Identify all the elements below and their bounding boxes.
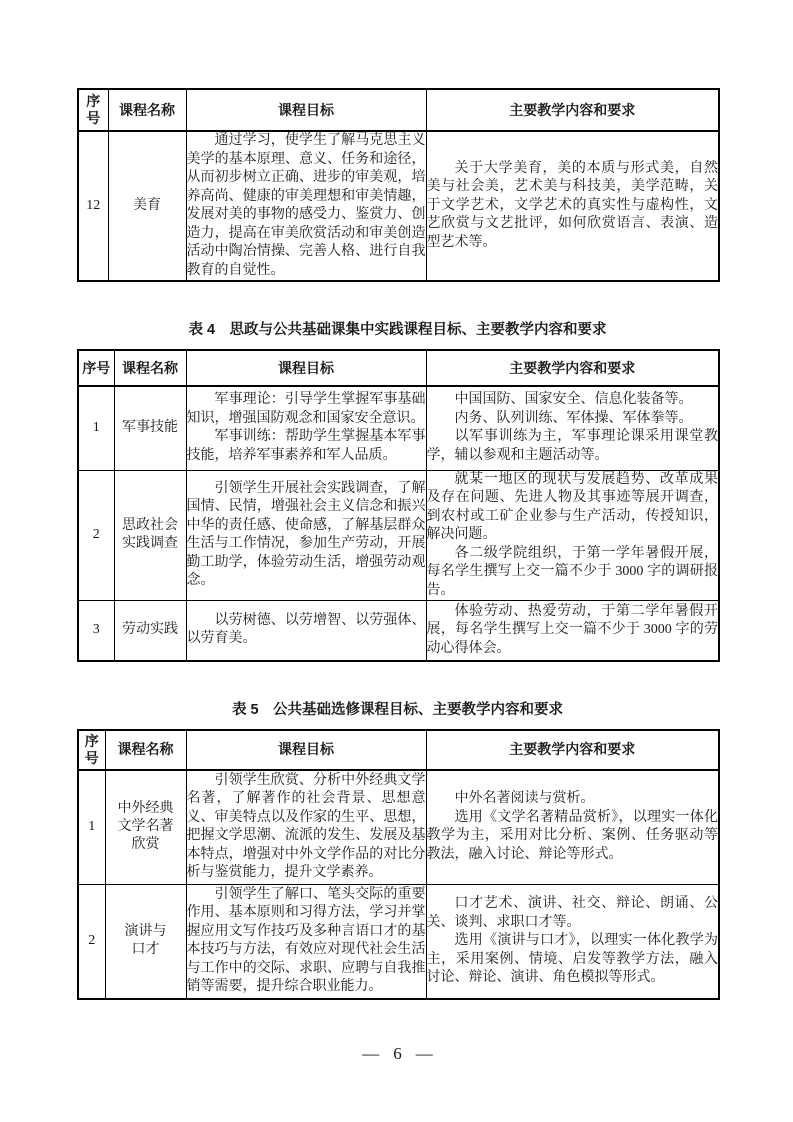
paragraph: 军事训练：帮助学生掌握基本军事技能，培养军事素养和军人品质。	[187, 428, 426, 465]
table5-title: 表 5 公共基础选修课程目标、主要教学内容和要求	[77, 702, 718, 719]
header-teaching-content: 主要教学内容和要求	[426, 350, 719, 386]
teaching-content-cell: 口才艺术、演讲、社交、辩论、朗诵、公关、谈判、求职口才等。 选用《演讲与口才》，…	[426, 885, 719, 999]
row-index-cell: 3	[78, 601, 114, 661]
header-index: 序号	[78, 350, 114, 386]
table-row: 2 思政社会 实践调查 引领学生开展社会实践调查，了解国情、民情，增强社会主义信…	[78, 470, 719, 601]
table-row: 1 军事技能 军事理论：引导学生掌握军事基础知识，增强国防观念和国家安全意识。 …	[78, 386, 719, 470]
table-row: 12 美育 通过学习，使学生了解马克思主义美学的基本原理、意义、任务和途径，从而…	[78, 131, 719, 281]
table-row: 2 演讲与 口才 引领学生了解口、笔头交际的重要作用、基本原则和习得方法，学习并…	[78, 885, 719, 999]
document-page: 序 号 课程名称 课程目标 主要教学内容和要求 12 美育 通过学习，使学生了解…	[0, 0, 793, 1122]
course-name-cell: 美育	[108, 131, 186, 281]
paragraph: 选用《文学名著精品赏析》，以理实一体化教学为主，采用对比分析、案例、任务驱动等教…	[427, 809, 719, 865]
paragraph: 军事理论：引导学生掌握军事基础知识，增强国防观念和国家安全意识。	[187, 391, 426, 428]
paragraph: 以劳树德、以劳增智、以劳强体、以劳育美。	[187, 612, 426, 649]
document-content: 序 号 课程名称 课程目标 主要教学内容和要求 12 美育 通过学习，使学生了解…	[0, 0, 793, 1064]
course-name-cell: 中外经典 文学名著 欣赏	[105, 770, 186, 885]
header-course-name: 课程名称	[114, 350, 186, 386]
course-objective-cell: 通过学习，使学生了解马克思主义美学的基本原理、意义、任务和途径，从而初步树立正确…	[186, 131, 426, 281]
teaching-content-cell: 中国国防、国家安全、信息化装备等。 内务、队列训练、军体操、军体拳等。 以军事训…	[426, 386, 719, 470]
row-index-cell: 1	[78, 770, 105, 885]
table-row: 3 劳动实践 以劳树德、以劳增智、以劳强体、以劳育美。 体验劳动、热爱劳动，于第…	[78, 601, 719, 661]
course-name-cell: 军事技能	[114, 386, 186, 470]
teaching-content-cell: 体验劳动、热爱劳动，于第二学年暑假开展，每名学生撰写上交一篇不少于 3000 字…	[426, 601, 719, 661]
paragraph: 通过学习，使学生了解马克思主义美学的基本原理、意义、任务和途径，从而初步树立正确…	[187, 132, 426, 280]
paragraph: 就某一地区的现状与发展趋势、改革成果及存在问题、先进人物及其事迹等展开调查，到农…	[427, 471, 719, 545]
header-course-objective: 课程目标	[186, 730, 426, 770]
course-name-cell: 劳动实践	[114, 601, 186, 661]
header-index: 序 号	[78, 89, 108, 131]
course-name-cell: 演讲与 口才	[105, 885, 186, 999]
course-table-continued: 序 号 课程名称 课程目标 主要教学内容和要求 12 美育 通过学习，使学生了解…	[77, 88, 720, 282]
paragraph: 中外名著阅读与赏析。	[427, 790, 719, 809]
paragraph: 口才艺术、演讲、社交、辩论、朗诵、公关、谈判、求职口才等。	[427, 895, 719, 932]
page-number: 6	[393, 1044, 402, 1064]
course-objective-cell: 引领学生欣赏、分析中外经典文学名著，了解著作的社会背景、思想意义、审美特点以及作…	[186, 770, 426, 885]
footer-dash-right: —	[416, 1044, 433, 1064]
paragraph: 引领学生开展社会实践调查，了解国情、民情，增强社会主义信念和振兴中华的责任感、使…	[187, 480, 426, 591]
teaching-content-cell: 关于大学美育，美的本质与形式美，自然美与社会美，艺术美与科技美，美学范畴，关于文…	[426, 131, 719, 281]
table5-elective-courses: 序 号 课程名称 课程目标 主要教学内容和要求 1 中外经典 文学名著 欣赏 引…	[77, 729, 720, 1000]
paragraph: 以军事训练为主，军事理论课采用课堂教学，辅以参观和主题活动等。	[427, 428, 719, 465]
paragraph: 内务、队列训练、军体操、军体拳等。	[427, 410, 719, 429]
course-objective-cell: 以劳树德、以劳增智、以劳强体、以劳育美。	[186, 601, 426, 661]
row-index-cell: 2	[78, 470, 114, 601]
paragraph: 关于大学美育，美的本质与形式美，自然美与社会美，艺术美与科技美，美学范畴，关于文…	[427, 160, 719, 253]
course-name-cell: 思政社会 实践调查	[114, 470, 186, 601]
header-teaching-content: 主要教学内容和要求	[426, 89, 719, 131]
course-objective-cell: 引领学生了解口、笔头交际的重要作用、基本原则和习得方法，学习并掌握应用文写作技巧…	[186, 885, 426, 999]
teaching-content-cell: 就某一地区的现状与发展趋势、改革成果及存在问题、先进人物及其事迹等展开调查，到农…	[426, 470, 719, 601]
paragraph: 各二级学院组织，于第一学年暑假开展，每名学生撰写上交一篇不少于 3000 字的调…	[427, 545, 719, 601]
page-footer: — 6 —	[77, 1044, 718, 1064]
row-index-cell: 1	[78, 386, 114, 470]
header-course-name: 课程名称	[108, 89, 186, 131]
teaching-content-cell: 中外名著阅读与赏析。 选用《文学名著精品赏析》，以理实一体化教学为主，采用对比分…	[426, 770, 719, 885]
paragraph: 选用《演讲与口才》，以理实一体化教学为主，采用案例、情境、启发等教学方法，融入讨…	[427, 932, 719, 988]
paragraph: 引领学生欣赏、分析中外经典文学名著，了解著作的社会背景、思想意义、审美特点以及作…	[187, 772, 426, 883]
row-index-cell: 2	[78, 885, 105, 999]
course-objective-cell: 军事理论：引导学生掌握军事基础知识，增强国防观念和国家安全意识。 军事训练：帮助…	[186, 386, 426, 470]
paragraph: 中国国防、国家安全、信息化装备等。	[427, 391, 719, 410]
header-course-objective: 课程目标	[186, 350, 426, 386]
paragraph: 引领学生了解口、笔头交际的重要作用、基本原则和习得方法，学习并掌握应用文写作技巧…	[187, 886, 426, 997]
header-teaching-content: 主要教学内容和要求	[426, 730, 719, 770]
header-course-name: 课程名称	[105, 730, 186, 770]
table-header-row: 序 号 课程名称 课程目标 主要教学内容和要求	[78, 89, 719, 131]
header-index: 序 号	[78, 730, 105, 770]
table-row: 1 中外经典 文学名著 欣赏 引领学生欣赏、分析中外经典文学名著，了解著作的社会…	[78, 770, 719, 885]
table-header-row: 序号 课程名称 课程目标 主要教学内容和要求	[78, 350, 719, 386]
paragraph: 体验劳动、热爱劳动，于第二学年暑假开展，每名学生撰写上交一篇不少于 3000 字…	[427, 603, 719, 659]
table4-practice-courses: 序号 课程名称 课程目标 主要教学内容和要求 1 军事技能 军事理论：引导学生掌…	[77, 349, 720, 662]
table4-title: 表 4 思政与公共基础课集中实践课程目标、主要教学内容和要求	[77, 322, 718, 339]
course-objective-cell: 引领学生开展社会实践调查，了解国情、民情，增强社会主义信念和振兴中华的责任感、使…	[186, 470, 426, 601]
footer-dash-left: —	[362, 1044, 379, 1064]
header-course-objective: 课程目标	[186, 89, 426, 131]
row-index-cell: 12	[78, 131, 108, 281]
table-header-row: 序 号 课程名称 课程目标 主要教学内容和要求	[78, 730, 719, 770]
